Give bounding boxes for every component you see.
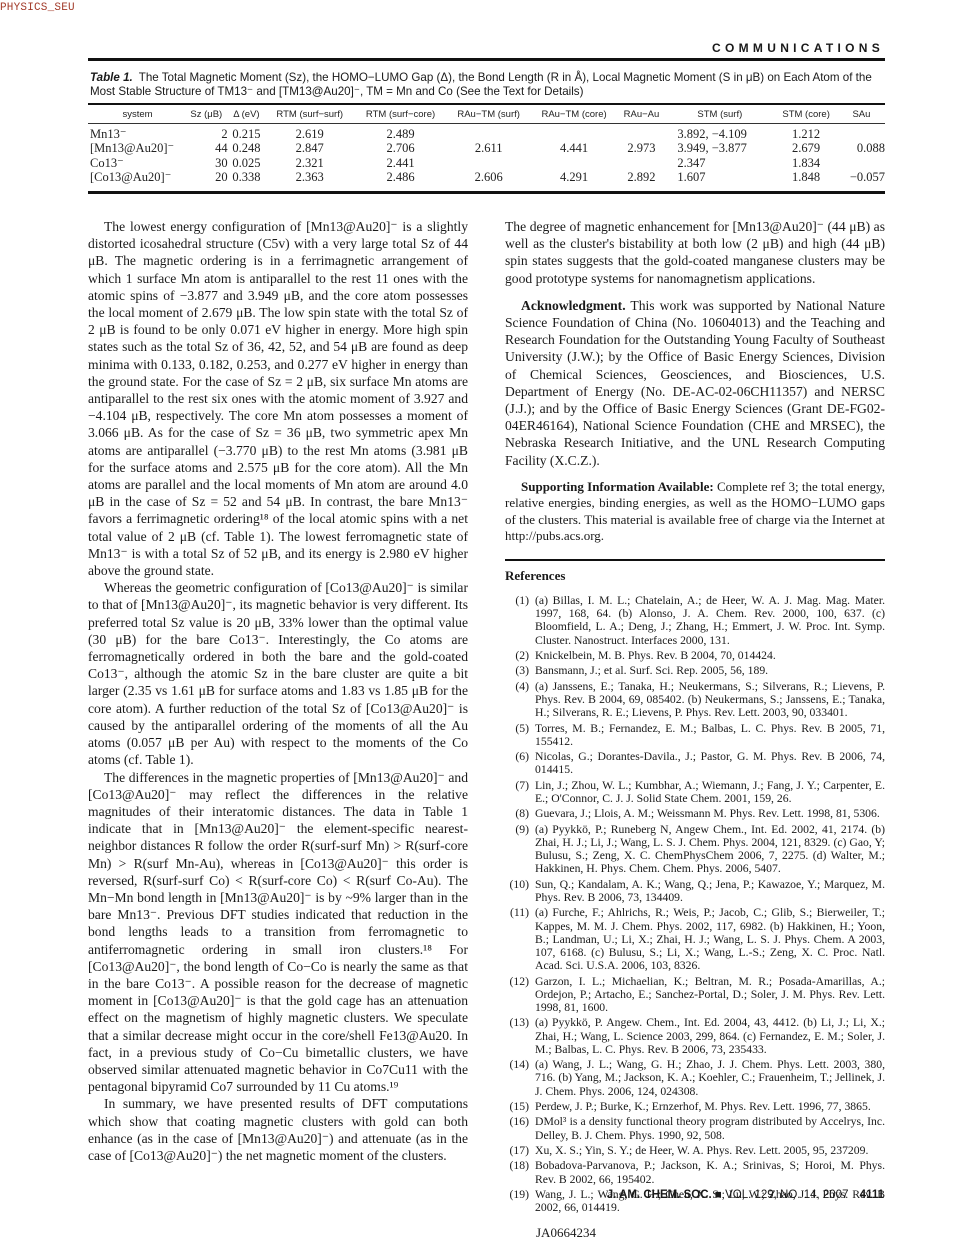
reference-text: (a) Pyykkö, P. Angew. Chem., Int. Ed. 20…: [535, 1016, 885, 1056]
cell-r-ss: 2.619: [265, 123, 354, 141]
col-header: Δ (eV): [228, 106, 266, 123]
reference-number: (16): [505, 1115, 535, 1141]
reference-item: (18)Bobadova-Parvanova, P.; Jackson, K. …: [505, 1159, 885, 1185]
top-rule: [88, 58, 885, 61]
manuscript-code: JA0664234: [505, 1224, 885, 1241]
cell-gap: 0.248: [228, 141, 266, 156]
cell-r-auau: [618, 123, 666, 141]
col-header: STM (surf): [665, 106, 774, 123]
cell-s-surf: 3.892, −4.109: [665, 123, 774, 141]
body-paragraph: The lowest energy configuration of [Mn13…: [88, 218, 468, 579]
cell-s-core: 1.834: [774, 156, 838, 171]
cell-r-autm-s: 2.606: [447, 170, 531, 185]
reference-number: (1): [505, 594, 535, 647]
table-header-row: system Sz (μB) Δ (eV) RTM (surf−surf) RT…: [90, 106, 885, 123]
reference-number: (15): [505, 1100, 535, 1113]
table-caption: Table 1.The Total Magnetic Moment (Sz), …: [90, 71, 885, 99]
table-caption-text: The Total Magnetic Moment (Sz), the HOMO…: [90, 71, 872, 98]
cell-r-ss: 2.847: [265, 141, 354, 156]
table-row: Mn13⁻ 2 0.215 2.619 2.489 3.892, −4.109 …: [90, 123, 885, 141]
cell-r-ss: 2.321: [265, 156, 354, 171]
bullet-icon: ■: [715, 1189, 722, 1201]
watermark: PHYSICS_SEU: [0, 2, 75, 14]
volume-info: VOL. 129, NO. 14, 2007: [725, 1189, 848, 1201]
table-row: Co13⁻ 30 0.025 2.321 2.441 2.347 1.834: [90, 156, 885, 171]
table-label: Table 1.: [90, 71, 133, 84]
reference-number: (18): [505, 1159, 535, 1185]
cell-r-sc: 2.706: [354, 141, 447, 156]
reference-text: Bobadova-Parvanova, P.; Jackson, K. A.; …: [535, 1159, 885, 1185]
references-rule: [505, 559, 885, 561]
reference-number: (10): [505, 878, 535, 904]
cell-s-surf: 1.607: [665, 170, 774, 185]
col-header: RAu−TM (core): [530, 106, 617, 123]
reference-item: (5)Torres, M. B.; Fernandez, E. M.; Balb…: [505, 722, 885, 748]
left-column: The lowest energy configuration of [Mn13…: [88, 218, 468, 1164]
reference-number: (9): [505, 823, 535, 876]
reference-item: (16)DMol³ is a density functional theory…: [505, 1115, 885, 1141]
cell-gap: 0.215: [228, 123, 266, 141]
cell-sz: 30: [185, 156, 228, 171]
cell-r-sc: 2.489: [354, 123, 447, 141]
reference-text: Nicolas, G.; Dorantes-Davila., J.; Pasto…: [535, 750, 885, 776]
cell-r-auau: 2.973: [618, 141, 666, 156]
table-row: [Co13@Au20]⁻ 20 0.338 2.363 2.486 2.606 …: [90, 170, 885, 185]
cell-system: [Mn13@Au20]⁻: [90, 141, 185, 156]
reference-item: (8)Guevara, J.; Llois, A. M.; Weissmann …: [505, 807, 885, 820]
reference-number: (7): [505, 779, 535, 805]
acknowledgment: Acknowledgment. This work was supported …: [505, 297, 885, 469]
cell-r-autm-c: 4.291: [530, 170, 617, 185]
cell-s-surf: 2.347: [665, 156, 774, 171]
reference-number: (5): [505, 722, 535, 748]
cell-r-auau: 2.892: [618, 170, 666, 185]
col-header: RTM (surf−core): [354, 106, 447, 123]
cell-r-ss: 2.363: [265, 170, 354, 185]
journal-name: J. AM. CHEM. SOC.: [607, 1189, 712, 1201]
reference-text: (a) Janssens, E.; Tanaka, H.; Neukermans…: [535, 680, 885, 720]
cell-r-autm-c: 4.441: [530, 141, 617, 156]
reference-text: Xu, X. S.; Yin, S. Y.; de Heer, W. A. Ph…: [535, 1144, 885, 1157]
reference-number: (11): [505, 906, 535, 972]
col-header: RTM (surf−surf): [265, 106, 354, 123]
data-table: system Sz (μB) Δ (eV) RTM (surf−surf) RT…: [90, 106, 885, 185]
reference-item: (11)(a) Furche, F.; Ahlrichs, R.; Weis, …: [505, 906, 885, 972]
acknowledgment-text: This work was supported by National Natu…: [505, 298, 885, 468]
reference-item: (15)Perdew, J. P.; Burke, K.; Ernzerhof,…: [505, 1100, 885, 1113]
reference-text: (a) Billas, I. M. L.; Chatelain, A.; de …: [535, 594, 885, 647]
reference-number: (12): [505, 975, 535, 1015]
reference-list: (1)(a) Billas, I. M. L.; Chatelain, A.; …: [505, 594, 885, 1214]
supporting-info-label: Supporting Information Available:: [521, 479, 714, 494]
reference-item: (10)Sun, Q.; Kandalam, A. K.; Wang, Q.; …: [505, 878, 885, 904]
body-paragraph: The degree of magnetic enhancement for […: [505, 218, 885, 287]
reference-text: Perdew, J. P.; Burke, K.; Ernzerhof, M. …: [535, 1100, 885, 1113]
cell-r-auau: [618, 156, 666, 171]
page-number: 4111: [860, 1189, 884, 1201]
reference-item: (4)(a) Janssens, E.; Tanaka, H.; Neukerm…: [505, 680, 885, 720]
table-row: [Mn13@Au20]⁻ 44 0.248 2.847 2.706 2.611 …: [90, 141, 885, 156]
reference-item: (7)Lin, J.; Zhou, W. L.; Kumbhar, A.; Wi…: [505, 779, 885, 805]
col-header: RAu−Au: [618, 106, 666, 123]
reference-text: Lin, J.; Zhou, W. L.; Kumbhar, A.; Wiema…: [535, 779, 885, 805]
body-paragraph: The differences in the magnetic properti…: [88, 769, 468, 1096]
reference-item: (2)Knickelbein, M. B. Phys. Rev. B 2004,…: [505, 649, 885, 662]
cell-r-autm-s: [447, 156, 531, 171]
body-paragraph: In summary, we have presented results of…: [88, 1095, 468, 1164]
reference-text: DMol³ is a density functional theory pro…: [535, 1115, 885, 1141]
col-header: STM (core): [774, 106, 838, 123]
section-header: COMMUNICATIONS: [712, 41, 884, 55]
cell-s-core: 2.679: [774, 141, 838, 156]
reference-number: (6): [505, 750, 535, 776]
reference-number: (8): [505, 807, 535, 820]
reference-item: (3)Bansmann, J.; et al. Surf. Sci. Rep. …: [505, 664, 885, 677]
cell-r-autm-c: [530, 156, 617, 171]
cell-system: [Co13@Au20]⁻: [90, 170, 185, 185]
references-title: References: [505, 567, 885, 584]
reference-number: (2): [505, 649, 535, 662]
reference-number: (19): [505, 1188, 535, 1214]
col-header: system: [90, 106, 185, 123]
body-paragraph: Whereas the geometric configuration of […: [88, 579, 468, 768]
cell-s-core: 1.212: [774, 123, 838, 141]
reference-text: Guevara, J.; Llois, A. M.; Weissmann M. …: [535, 807, 885, 820]
reference-text: Sun, Q.; Kandalam, A. K.; Wang, Q.; Jena…: [535, 878, 885, 904]
cell-gap: 0.025: [228, 156, 266, 171]
table-bottom-rule: [88, 191, 885, 194]
reference-text: (a) Furche, F.; Ahlrichs, R.; Weis, P.; …: [535, 906, 885, 972]
reference-text: Garzon, I. L.; Michaelian, K.; Beltran, …: [535, 975, 885, 1015]
cell-s-au: [838, 123, 885, 141]
reference-item: (13)(a) Pyykkö, P. Angew. Chem., Int. Ed…: [505, 1016, 885, 1056]
cell-s-core: 1.848: [774, 170, 838, 185]
cell-r-autm-s: [447, 123, 531, 141]
cell-system: Mn13⁻: [90, 123, 185, 141]
reference-number: (14): [505, 1058, 535, 1098]
reference-item: (14)(a) Wang, J. L.; Wang, G. H.; Zhao, …: [505, 1058, 885, 1098]
cell-gap: 0.338: [228, 170, 266, 185]
reference-number: (4): [505, 680, 535, 720]
reference-text: Bansmann, J.; et al. Surf. Sci. Rep. 200…: [535, 664, 885, 677]
reference-text: Knickelbein, M. B. Phys. Rev. B 2004, 70…: [535, 649, 885, 662]
reference-item: (9)(a) Pyykkö, P.; Runeberg N, Angew Che…: [505, 823, 885, 876]
reference-item: (6)Nicolas, G.; Dorantes-Davila., J.; Pa…: [505, 750, 885, 776]
reference-text: Torres, M. B.; Fernandez, E. M.; Balbas,…: [535, 722, 885, 748]
page-footer: J. AM. CHEM. SOC. ■ VOL. 129, NO. 14, 20…: [607, 1189, 884, 1201]
col-header: RAu−TM (surf): [447, 106, 531, 123]
col-header: SAu: [838, 106, 885, 123]
cell-sz: 2: [185, 123, 228, 141]
cell-system: Co13⁻: [90, 156, 185, 171]
cell-sz: 44: [185, 141, 228, 156]
supporting-info: Supporting Information Available: Comple…: [505, 479, 885, 545]
cell-s-au: −0.057: [838, 170, 885, 185]
reference-number: (17): [505, 1144, 535, 1157]
cell-r-sc: 2.441: [354, 156, 447, 171]
right-column: The degree of magnetic enhancement for […: [505, 218, 885, 1242]
reference-item: (17)Xu, X. S.; Yin, S. Y.; de Heer, W. A…: [505, 1144, 885, 1157]
cell-sz: 20: [185, 170, 228, 185]
col-header: Sz (μB): [185, 106, 228, 123]
cell-r-sc: 2.486: [354, 170, 447, 185]
cell-s-surf: 3.949, −3.877: [665, 141, 774, 156]
table-top-rule: [88, 103, 885, 105]
cell-s-au: [838, 156, 885, 171]
reference-number: (3): [505, 664, 535, 677]
cell-s-au: 0.088: [838, 141, 885, 156]
acknowledgment-label: Acknowledgment.: [521, 298, 626, 313]
cell-r-autm-c: [530, 123, 617, 141]
cell-r-autm-s: 2.611: [447, 141, 531, 156]
reference-item: (1)(a) Billas, I. M. L.; Chatelain, A.; …: [505, 594, 885, 647]
reference-text: (a) Wang, J. L.; Wang, G. H.; Zhao, J. J…: [535, 1058, 885, 1098]
reference-text: (a) Pyykkö, P.; Runeberg N, Angew Chem.,…: [535, 823, 885, 876]
reference-number: (13): [505, 1016, 535, 1056]
reference-item: (12)Garzon, I. L.; Michaelian, K.; Beltr…: [505, 975, 885, 1015]
